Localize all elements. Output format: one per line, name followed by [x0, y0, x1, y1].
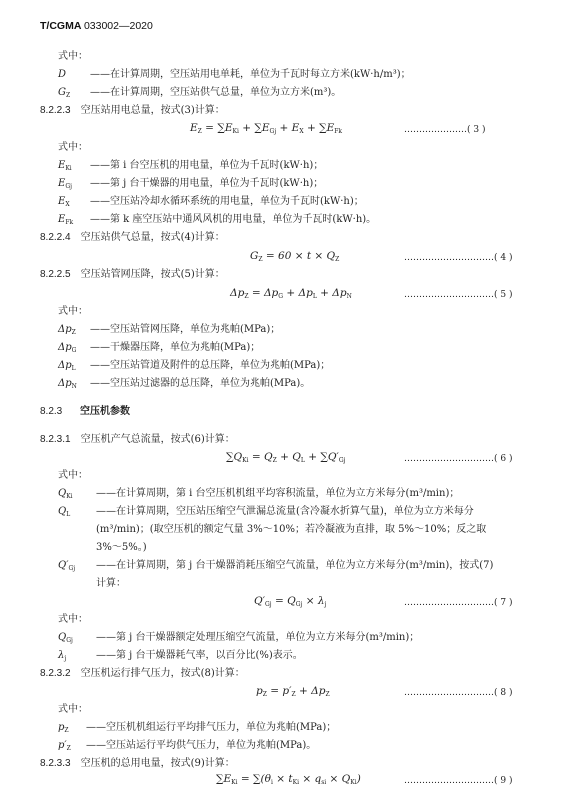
definition-EGj: EGj——第 j 台干燥器的用电量，单位为千瓦时(kW·h)；: [58, 177, 323, 194]
definition-dpN: ΔpN——空压站过滤器的总压降，单位为兆帕(MPa)。: [58, 377, 310, 394]
definition-text: ——空压站管网压降，单位为兆帕(MPa)；: [90, 324, 280, 335]
symbol: p′Z: [58, 739, 86, 756]
section-8-2-3-1: 8.2.3.1空压机产气总流量，按式(6)计算：: [40, 433, 235, 447]
symbol: GZ: [58, 86, 90, 103]
symbol: λj: [58, 649, 96, 666]
definition-text: ——在计算周期，空压站供气总量，单位为立方米(m³)。: [90, 87, 341, 98]
section-number: 8.2.3.3: [40, 757, 71, 771]
formula-9: ∑EKi = ∑(θi × tKi × qsi × QKi): [216, 773, 361, 786]
section-number: 8.2.2.3: [40, 104, 71, 118]
definition-dpZ: ΔpZ——空压站管网压降，单位为兆帕(MPa)；: [58, 323, 280, 340]
formula-4: GZ = 60 × t × QZ: [250, 250, 339, 263]
section-8-2-3-2: 8.2.3.2空压机运行排气压力，按式(8)计算：: [40, 667, 245, 681]
definition-QpGj-continued: 计算：: [96, 577, 126, 591]
section-text: 空压机运行排气压力，按式(8)计算：: [81, 668, 245, 679]
definition-QL-continued: (m³/min)；(取空压机的额定气量 3%～10%；若冷凝液为直排，取 5%～…: [96, 523, 486, 537]
definition-QGj: QGj——第 j 台干燥器额定处理压缩空气流量，单位为立方米每分(m³/min)…: [58, 631, 419, 648]
symbol: QGj: [58, 631, 96, 648]
symbol: EFk: [58, 213, 90, 230]
where-label: 式中：: [58, 50, 88, 64]
definition-QL: QL——在计算周期，空压站压缩空气泄漏总流量(含冷凝水折算气量)，单位为立方米每…: [58, 505, 474, 522]
symbol: Q′Gj: [58, 559, 96, 576]
symbol: ΔpL: [58, 359, 90, 376]
formula-8: pZ = p′Z + ΔpZ: [256, 685, 330, 698]
definition-EX: EX——空压站冷却水循环系统的用电量，单位为千瓦时(kW·h)；: [58, 195, 364, 212]
definition-text: ——干燥器压降，单位为兆帕(MPa)；: [90, 342, 260, 353]
section-number: 8.2.3.2: [40, 667, 71, 681]
definition-dpL: ΔpL——空压站管道及附件的总压降，单位为兆帕(MPa)；: [58, 359, 330, 376]
definition-QpGj: Q′Gj——在计算周期，第 j 台干燥器消耗压缩空气流量，单位为立方米每分(m³…: [58, 559, 493, 576]
definition-QKi: QKi——在计算周期，第 i 台空压机机组平均容积流量，单位为立方米每分(m³/…: [58, 487, 459, 504]
equation-number-7: …………………………( 7 ): [404, 596, 512, 610]
definition-text: ——空压站过滤器的总压降，单位为兆帕(MPa)。: [90, 378, 310, 389]
definition-dpG: ΔpG——干燥器压降，单位为兆帕(MPa)；: [58, 341, 260, 358]
section-title: 空压机参数: [80, 406, 130, 417]
definition-text: ——第 j 台干燥器的用电量，单位为千瓦时(kW·h)；: [90, 178, 323, 189]
symbol: QL: [58, 505, 96, 522]
definition-text: ——在计算周期，第 j 台干燥器消耗压缩空气流量，单位为立方米每分(m³/min…: [96, 560, 493, 571]
section-text: 空压站管网压降，按式(5)计算：: [81, 269, 225, 280]
formula-7: Q′Gj = QGj × λj: [254, 595, 326, 608]
where-label: 式中：: [58, 613, 88, 627]
definition-pZ: pZ——空压机机组运行平均排气压力，单位为兆帕(MPa)；: [58, 721, 336, 738]
section-8-2-2-4: 8.2.2.4空压站供气总量，按式(4)计算：: [40, 231, 225, 245]
definition-QL-continued: 3%～5%。): [96, 541, 147, 555]
section-text: 空压机的总用电量，按式(9)计算：: [81, 758, 235, 769]
symbol: ΔpN: [58, 377, 90, 394]
symbol: EX: [58, 195, 90, 212]
where-label: 式中：: [58, 305, 88, 319]
definition-text: ——第 j 台干燥器额定处理压缩空气流量，单位为立方米每分(m³/min)；: [96, 632, 419, 643]
definition-lambda: λj——第 j 台干燥器耗气率，以百分比(%)表示。: [58, 649, 303, 666]
definition-text: ——第 k 座空压站中通风风机的用电量，单位为千瓦时(kW·h)。: [90, 214, 376, 225]
definition-text: ——空压站管道及附件的总压降，单位为兆帕(MPa)；: [90, 360, 330, 371]
equation-number-3: …………………( 3 ): [404, 123, 485, 137]
section-text: 空压机产气总流量，按式(6)计算：: [81, 434, 235, 445]
symbol: EGj: [58, 177, 90, 194]
definition-GZ: GZ——在计算周期，空压站供气总量，单位为立方米(m³)。: [58, 86, 341, 103]
standard-prefix: T/CGMA: [40, 20, 81, 32]
where-label: 式中：: [58, 469, 88, 483]
section-number: 8.2.2.5: [40, 268, 71, 282]
symbol: pZ: [58, 721, 86, 738]
definition-text: ——第 i 台空压机的用电量，单位为千瓦时(kW·h)；: [90, 160, 323, 171]
symbol: ΔpZ: [58, 323, 90, 340]
definition-text: ——第 j 台干燥器耗气率，以百分比(%)表示。: [96, 650, 303, 661]
section-8-2-3-3: 8.2.3.3空压机的总用电量，按式(9)计算：: [40, 757, 235, 771]
symbol: D: [58, 68, 90, 82]
equation-number-6: …………………………( 6 ): [404, 452, 512, 466]
symbol: ΔpG: [58, 341, 90, 358]
definition-text: ——空压站冷却水循环系统的用电量，单位为千瓦时(kW·h)；: [90, 196, 364, 207]
document-header: T/CGMA 033002—2020: [40, 20, 153, 32]
equation-number-9: …………………………( 9 ): [404, 774, 512, 786]
equation-number-8: …………………………( 8 ): [404, 686, 512, 700]
section-8-2-2-5: 8.2.2.5空压站管网压降，按式(5)计算：: [40, 268, 225, 282]
definition-D: D——在计算周期，空压站用电单耗，单位为千瓦时每立方米(kW·h/m³)；: [58, 68, 411, 82]
where-label: 式中：: [58, 703, 88, 717]
section-number: 8.2.3: [40, 405, 70, 419]
section-8-2-2-3: 8.2.2.3空压站用电总量，按式(3)计算：: [40, 104, 225, 118]
where-label: 式中：: [58, 141, 88, 155]
standard-number: 033002—2020: [84, 20, 153, 32]
definition-EFk: EFk——第 k 座空压站中通风风机的用电量，单位为千瓦时(kW·h)。: [58, 213, 376, 230]
definition-text: ——在计算周期，空压站压缩空气泄漏总流量(含冷凝水折算气量)，单位为立方米每分: [96, 506, 474, 517]
symbol: QKi: [58, 487, 96, 504]
section-number: 8.2.3.1: [40, 433, 71, 447]
symbol: EKi: [58, 159, 90, 176]
definition-EKi: EKi——第 i 台空压机的用电量，单位为千瓦时(kW·h)；: [58, 159, 323, 176]
formula-3: EZ = ∑EKi + ∑EGj + EX + ∑EFk: [190, 122, 342, 135]
equation-number-4: …………………………( 4 ): [404, 251, 512, 265]
definition-text: ——空压机机组运行平均排气压力，单位为兆帕(MPa)；: [86, 722, 336, 733]
equation-number-5: …………………………( 5 ): [404, 288, 512, 302]
section-8-2-3: 8.2.3空压机参数: [40, 405, 130, 419]
definition-text: ——在计算周期，第 i 台空压机机组平均容积流量，单位为立方米每分(m³/min…: [96, 488, 459, 499]
section-number: 8.2.2.4: [40, 231, 71, 245]
formula-6: ∑QKi = QZ + QL + ∑Q′Gj: [226, 451, 345, 464]
definition-text: ——空压站运行平均供气压力，单位为兆帕(MPa)。: [86, 740, 316, 751]
section-text: 空压站供气总量，按式(4)计算：: [81, 232, 225, 243]
definition-ppZ: p′Z——空压站运行平均供气压力，单位为兆帕(MPa)。: [58, 739, 316, 756]
formula-5: ΔpZ = ΔpG + ΔpL + ΔpN: [230, 287, 352, 300]
section-text: 空压站用电总量，按式(3)计算：: [81, 105, 225, 116]
definition-text: ——在计算周期，空压站用电单耗，单位为千瓦时每立方米(kW·h/m³)；: [90, 69, 411, 80]
